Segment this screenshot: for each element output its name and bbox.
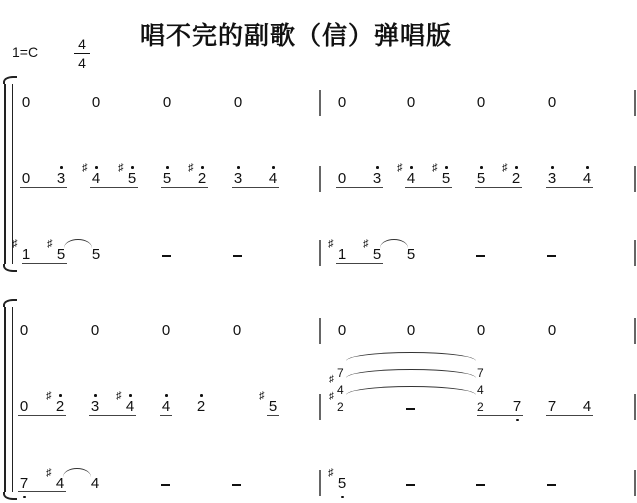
eighth-beam (405, 187, 452, 188)
note-5-high: 5 (161, 171, 173, 187)
barline (634, 470, 636, 496)
note-4-high: 4 (267, 171, 279, 187)
barline (634, 240, 636, 266)
note-3-high: 3 (232, 171, 244, 187)
rest-note: 0 (160, 323, 172, 339)
note-digit: 4 (56, 475, 64, 492)
rest-note: 0 (546, 323, 558, 339)
rest-note: 0 (475, 95, 487, 111)
sharp-icon: ♯ (329, 391, 334, 403)
note-5-sharp: ♯5 (371, 247, 383, 263)
sharp-icon: ♯ (502, 163, 508, 174)
note-2-high-sharp: ♯2 (54, 399, 66, 415)
sharp-icon: ♯ (46, 391, 52, 402)
note-digit: 5 (57, 246, 65, 263)
note-5-high: 5 (475, 171, 487, 187)
sharp-icon: ♯ (432, 163, 438, 174)
chord-note-7: 7 (477, 367, 484, 379)
sharp-icon: ♯ (188, 163, 194, 174)
sharp-icon: ♯ (116, 391, 122, 402)
eighth-beam (475, 187, 522, 188)
note-7: 7 (546, 399, 558, 415)
eighth-beam (546, 415, 593, 416)
sharp-icon: ♯ (46, 468, 52, 479)
eighth-beam (20, 187, 67, 188)
note-digit: 5 (442, 170, 450, 187)
sharp-icon: ♯ (328, 239, 334, 250)
eighth-beam (18, 415, 66, 416)
system-brace (4, 307, 13, 492)
rest-note: 0 (232, 95, 244, 111)
sharp-icon: ♯ (397, 163, 403, 174)
eighth-beam (161, 187, 208, 188)
note-3-high: 3 (371, 171, 383, 187)
rest-note: 0 (18, 323, 30, 339)
eighth-beam (89, 415, 136, 416)
note-digit: 5 (269, 398, 277, 415)
sustain-dash (547, 484, 556, 486)
note-digit: 5 (128, 170, 136, 187)
eighth-beam (336, 263, 383, 264)
time-sig-divider (74, 53, 90, 54)
chord-note-2: 2 (477, 401, 484, 413)
note-2-high-sharp: ♯2 (510, 171, 522, 187)
sheet-title: 唱不完的副歌（信）弹唱版 (140, 16, 500, 52)
note-4-high: 4 (581, 171, 593, 187)
rest-note: 0 (89, 323, 101, 339)
note-5-high-sharp: ♯5 (126, 171, 138, 187)
note-5: 5 (90, 247, 102, 263)
barline (319, 470, 321, 496)
sharp-icon: ♯ (328, 468, 334, 479)
note-digit: 4 (407, 170, 415, 187)
rest-note: 0 (161, 95, 173, 111)
rest-note: 0 (405, 323, 417, 339)
chord-note-2: 2 (337, 401, 344, 413)
chord-note-4: 4 (477, 384, 484, 396)
note-3-high: 3 (546, 171, 558, 187)
sharp-icon: ♯ (12, 239, 18, 250)
note-4-sharp: ♯4 (54, 476, 66, 492)
note-4-high-sharp: ♯4 (124, 399, 136, 415)
barline (319, 318, 321, 344)
chord-note-7: 7 (337, 367, 344, 379)
note-digit: 5 (373, 246, 381, 263)
barline (634, 394, 636, 420)
barline (319, 394, 321, 420)
time-signature: 4 4 (74, 36, 90, 71)
key-signature: 1=C (12, 44, 38, 60)
eighth-beam (22, 263, 67, 264)
note-digit: 2 (198, 170, 206, 187)
sustain-dash (161, 484, 170, 486)
rest-note: 0 (231, 323, 243, 339)
chord-note-4: 4 (337, 384, 344, 396)
note-1-sharp: ♯1 (336, 247, 348, 263)
eighth-beam (18, 491, 66, 492)
tie-arc (63, 468, 91, 477)
note-digit: 4 (126, 398, 134, 415)
tie-arc (380, 239, 408, 248)
note-4-high: 4 (160, 399, 172, 415)
note-1-sharp: ♯1 (20, 247, 32, 263)
system-brace (4, 84, 13, 264)
rest-note: 0 (336, 171, 348, 187)
rest-note: 0 (336, 95, 348, 111)
note-7-low: 7 (18, 476, 30, 492)
eighth-beam (477, 415, 523, 416)
note-digit: 2 (512, 170, 520, 187)
tie-arc (64, 239, 92, 248)
note-4-high-sharp: ♯4 (90, 171, 102, 187)
barline (634, 318, 636, 344)
sustain-dash (233, 255, 242, 257)
barline (319, 166, 321, 192)
note-5-sharp: ♯5 (267, 399, 279, 415)
sharp-icon: ♯ (329, 374, 334, 386)
note-4-high-sharp: ♯4 (405, 171, 417, 187)
rest-note: 0 (20, 171, 32, 187)
note-7-low: 7 (511, 399, 523, 415)
sustain-dash (476, 484, 485, 486)
eighth-beam (90, 187, 138, 188)
eighth-beam (546, 187, 593, 188)
sustain-dash (232, 484, 241, 486)
note-4: 4 (581, 399, 593, 415)
time-sig-denominator: 4 (74, 55, 90, 71)
note-3-high: 3 (55, 171, 67, 187)
rest-note: 0 (405, 95, 417, 111)
note-4: 4 (89, 476, 101, 492)
time-sig-numerator: 4 (74, 36, 90, 52)
barline (319, 90, 321, 116)
note-digit: 5 (338, 475, 346, 492)
rest-note: 0 (20, 95, 32, 111)
note-5-sharp: ♯5 (55, 247, 67, 263)
note-digit: 2 (56, 398, 64, 415)
note-digit: 1 (22, 246, 30, 263)
tie-arc (346, 352, 476, 361)
note-5-high-sharp: ♯5 (440, 171, 452, 187)
note-3-high: 3 (89, 399, 101, 415)
eighth-beam (336, 187, 383, 188)
eighth-beam (160, 415, 172, 416)
sustain-dash (476, 255, 485, 257)
sharp-icon: ♯ (363, 239, 369, 250)
sharp-icon: ♯ (259, 391, 265, 402)
note-5-low-sharp: ♯5 (336, 476, 348, 492)
rest-note: 0 (18, 399, 30, 415)
note-digit: 1 (338, 246, 346, 263)
sharp-icon: ♯ (47, 239, 53, 250)
note-2-high-sharp: ♯2 (196, 171, 208, 187)
rest-note: 0 (475, 323, 487, 339)
sustain-dash (162, 255, 171, 257)
barline (634, 166, 636, 192)
sharp-icon: ♯ (118, 163, 124, 174)
eighth-beam (267, 415, 279, 416)
sustain-dash (547, 255, 556, 257)
rest-note: 0 (336, 323, 348, 339)
sustain-dash (406, 484, 415, 486)
sustain-dash (406, 408, 415, 410)
rest-note: 0 (90, 95, 102, 111)
barline (319, 240, 321, 266)
rest-note: 0 (546, 95, 558, 111)
barline (634, 90, 636, 116)
tie-arc (346, 386, 476, 395)
tie-arc (346, 369, 476, 378)
eighth-beam (232, 187, 279, 188)
note-5: 5 (405, 247, 417, 263)
note-2-high: 2 (195, 399, 207, 415)
sharp-icon: ♯ (82, 163, 88, 174)
note-digit: 4 (92, 170, 100, 187)
